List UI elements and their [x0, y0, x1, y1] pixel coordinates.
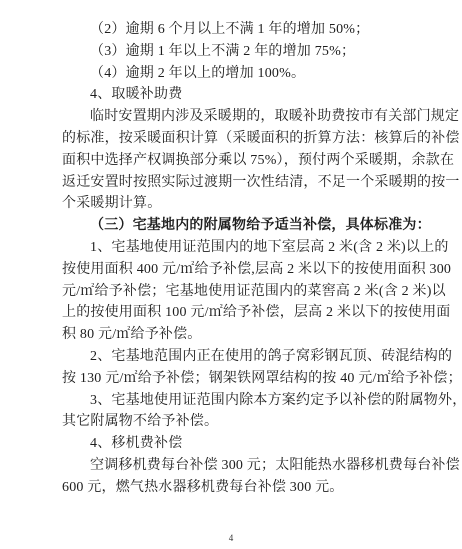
- doc-line: 上的按使用面积 100 元/㎡给予补偿，层高 2 米以下的按使用面: [62, 302, 406, 324]
- doc-line: （3）逾期 1 年以上不满 2 年的增加 75%；: [62, 41, 406, 63]
- document-body: （2）逾期 6 个月以上不满 1 年的增加 50%； （3）逾期 1 年以上不满…: [62, 19, 406, 499]
- doc-line: 积 80 元/㎡给予补偿。: [62, 324, 406, 346]
- doc-line: 元/㎡给予补偿；宅基地使用证范围内的菜窖高 2 米(含 2 米)以: [62, 281, 406, 303]
- page-number: 4: [0, 533, 462, 543]
- doc-line-heading-heating: 4、取暖补助费: [62, 84, 406, 106]
- doc-line: 的标准，按采暖面积计算（采暖面积的折算方法：核算后的补偿: [62, 128, 406, 150]
- doc-line: 按使用面积 400 元/㎡给予补偿,层高 2 米以下的按使用面积 300: [62, 259, 406, 281]
- doc-line: 空调移机费每台补偿 300 元；太阳能热水器移机费每台补偿: [62, 455, 406, 477]
- doc-line: 临时安置期内涉及采暖期的，取暖补助费按市有关部门规定: [62, 106, 406, 128]
- doc-line: 按 130 元/㎡给予补偿；钢架铁网罩结构的按 40 元/㎡给予补偿；: [62, 368, 406, 390]
- doc-line: 其它附属物不给予补偿。: [62, 411, 406, 433]
- doc-line: （4）逾期 2 年以上的增加 100%。: [62, 63, 406, 85]
- doc-line: （2）逾期 6 个月以上不满 1 年的增加 50%；: [62, 19, 406, 41]
- doc-line: 返迁安置时按照实际过渡期一次性结清，不足一个采暖期的按一: [62, 172, 406, 194]
- doc-line: 1、宅基地使用证范围内的地下室层高 2 米(含 2 米)以上的: [62, 237, 406, 259]
- section-heading: （三）宅基地内的附属物给予适当补偿，具体标准为：: [62, 215, 406, 237]
- document-page: （2）逾期 6 个月以上不满 1 年的增加 50%； （3）逾期 1 年以上不满…: [0, 0, 462, 549]
- doc-line: 2、宅基地范围内正在使用的鸽子窝彩钢瓦顶、砖混结构的: [62, 346, 406, 368]
- doc-line: 3、宅基地使用证范围内除本方案约定予以补偿的附属物外，: [62, 390, 406, 412]
- doc-line-heading-relocation-fee: 4、移机费补偿: [62, 433, 406, 455]
- doc-line: 个采暖期计算。: [62, 193, 406, 215]
- doc-line: 面积中选择产权调换部分乘以 75%），预付两个采暖期，余款在: [62, 150, 406, 172]
- doc-line: 600 元，燃气热水器移机费每台补偿 300 元。: [62, 477, 406, 499]
